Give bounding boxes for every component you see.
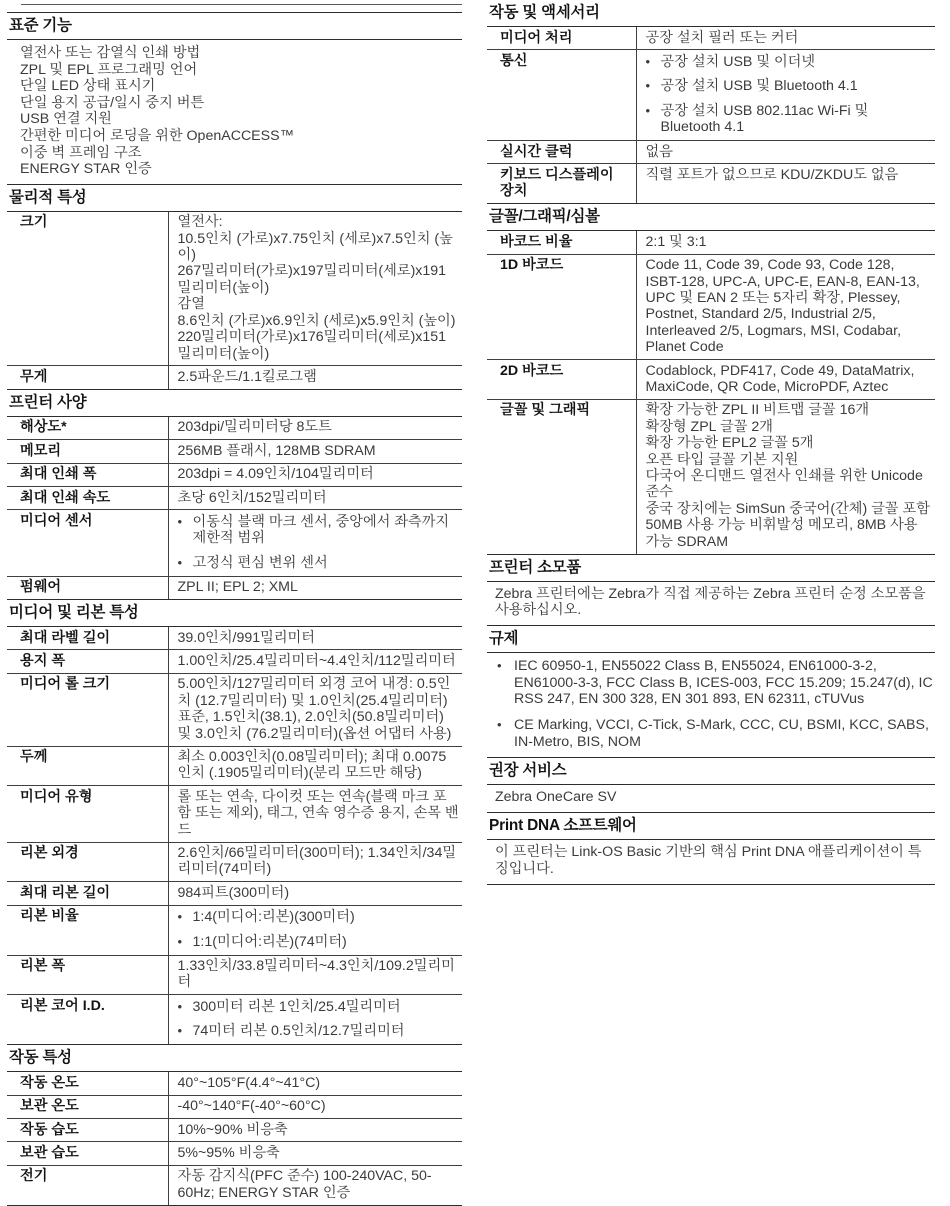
spec-row: 통신•공장 설치 USB 및 이더넷•공장 설치 USB 및 Bluetooth… [487,50,935,141]
section-list: 표준 기능열전사 또는 감열식 인쇄 방법ZPL 및 EPL 프로그래밍 언어단… [7,12,462,184]
spec-value: 공장 설치 필러 또는 커터 [646,30,933,46]
bullet-text: 74미터 리본 0.5인치/12.7밀리미터 [193,1023,405,1039]
bullet-icon: • [178,1023,193,1039]
spec-label: 바코드 비율 [487,231,636,254]
spec-row: 작동 온도40°~105°F(4.4°~41°C) [7,1072,462,1095]
spec-value-cell: 984피트(300미터) [168,882,462,905]
spec-row: 보관 온도-40°~140°F(-40°~60°C) [7,1095,462,1118]
spec-label: 미디어 롤 크기 [7,673,168,746]
spec-value: 없음 [646,144,933,160]
spec-value-cell: 5.00인치/127밀리미터 외경 코어 내경: 0.5인치 (12.7밀리미터… [168,673,462,746]
spec-value: 자동 감지식(PFC 준수) 100-240VAC, 50-60Hz; ENER… [178,1168,460,1201]
feature-item: 이중 벽 프레임 구조 [20,145,462,162]
spec-label: 최대 라벨 길이 [7,627,168,650]
feature-list: 열전사 또는 감열식 인쇄 방법ZPL 및 EPL 프로그래밍 언어단일 LED… [7,40,462,184]
spec-row: 미디어 센서•이동식 블랙 마크 센서, 중앙에서 좌측까지 제한적 범위•고정… [7,510,462,576]
spec-row: 최대 리본 길이984피트(300미터) [7,882,462,905]
spec-row: 미디어 유형롤 또는 연속, 다이컷 또는 연속(블랙 마크 포함 또는 제외)… [7,786,462,842]
section-text: 권장 서비스Zebra OneCare SV [487,757,935,812]
spec-value-cell: 2.6인치/66밀리미터(300미터); 1.34인치/34밀리미터(74미터) [168,842,462,882]
spec-value-cell: 확장 가능한 ZPL II 비트맵 글꼴 16개 확장형 ZPL 글꼴 2개 확… [636,399,935,553]
spec-row: 보관 습도5%~95% 비응축 [7,1142,462,1165]
bullet-text: 공장 설치 USB 및 Bluetooth 4.1 [661,78,858,94]
spec-row: 두께최소 0.003인치(0.08밀리미터); 최대 0.0075인치 (.19… [7,746,462,786]
spec-value: 롤 또는 연속, 다이컷 또는 연속(블랙 마크 포함 또는 제외), 태그, … [178,789,460,838]
bullet-icon: • [646,78,661,94]
spec-label: 최대 인쇄 폭 [7,463,168,486]
spec-row: 무게2.5파운드/1.1킬로그램 [7,366,462,389]
bullet-item: •74미터 리본 0.5인치/12.7밀리미터 [178,1023,460,1039]
spec-value-cell: 1.33인치/33.8밀리미터~4.3인치/109.2밀리미터 [168,955,462,995]
spec-label: 미디어 유형 [7,786,168,842]
spec-value-cell: 2.5파운드/1.1킬로그램 [168,366,462,389]
bullet-text: 1:1(미디어:리본)(74미터) [193,934,347,950]
section-table: 프린터 사양해상도*203dpi/밀리미터당 8도트메모리256MB 플래시, … [7,389,462,599]
column-end-rule [7,1205,462,1206]
bullet-item: •300미터 리본 1인치/25.4밀리미터 [178,999,460,1015]
spec-label: 미디어 처리 [487,27,636,50]
bullet-item: •IEC 60950-1, EN55022 Class B, EN55024, … [494,658,933,708]
bullet-text: 이동식 블랙 마크 센서, 중앙에서 좌측까지 제한적 범위 [193,514,460,547]
spec-value: 2.6인치/66밀리미터(300미터); 1.34인치/34밀리미터(74미터) [178,845,460,878]
spec-value-cell: 1.00인치/25.4밀리미터~4.4인치/112밀리미터 [168,650,462,673]
cropped-top-rule [21,4,462,5]
bullet-icon: • [494,658,514,674]
spec-row: 작동 습도10%~90% 비응축 [7,1119,462,1142]
spec-row: 바코드 비율2:1 및 3:1 [487,231,935,254]
bullet-icon: • [178,934,193,950]
section-title: 글꼴/그래픽/심볼 [487,203,935,231]
spec-label: 리본 비율 [7,905,168,955]
spec-label: 2D 바코드 [487,360,636,400]
bullet-text: IEC 60950-1, EN55022 Class B, EN55024, E… [514,658,933,708]
spec-value-cell: 없음 [636,141,935,164]
section-title: 미디어 및 리본 특성 [7,599,462,627]
spec-table: 크기열전사: 10.5인치 (가로)x7.75인치 (세로)x7.5인치 (높이… [7,212,462,389]
spec-label: 메모리 [7,440,168,463]
spec-value: 984피트(300미터) [178,885,460,901]
bullet-item: •고정식 편심 변위 센서 [178,555,460,571]
spec-value: 10%~90% 비응축 [178,1122,460,1138]
bullet-list: •1:4(미디어:리본)(300미터)•1:1(미디어:리본)(74미터) [178,909,460,950]
section-text: Zebra OneCare SV [487,785,935,812]
section-table: 작동 특성작동 온도40°~105°F(4.4°~41°C)보관 온도-40°~… [7,1044,462,1204]
spec-label: 리본 코어 I.D. [7,995,168,1044]
section-text: 이 프린터는 Link-OS Basic 기반의 핵심 Print DNA 애플… [487,840,935,884]
feature-item: 열전사 또는 감열식 인쇄 방법 [20,45,462,62]
bullet-text: 300미터 리본 1인치/25.4밀리미터 [193,999,401,1015]
spec-label: 통신 [487,50,636,141]
bullet-icon: • [646,103,661,119]
left-column: 표준 기능열전사 또는 감열식 인쇄 방법ZPL 및 EPL 프로그래밍 언어단… [7,2,462,1206]
spec-value: 1.33인치/33.8밀리미터~4.3인치/109.2밀리미터 [178,958,460,991]
bullet-icon: • [178,514,193,530]
spec-label: 전기 [7,1165,168,1204]
spec-value: Codablock, PDF417, Code 49, DataMatrix, … [646,363,933,396]
spec-row: 전기자동 감지식(PFC 준수) 100-240VAC, 50-60Hz; EN… [7,1165,462,1204]
bullet-list: •300미터 리본 1인치/25.4밀리미터•74미터 리본 0.5인치/12.… [178,999,460,1040]
feature-item: 간편한 미디어 로딩을 위한 OpenACCESS™ [20,128,462,145]
spec-value: Code 11, Code 39, Code 93, Code 128, ISB… [646,257,933,355]
spec-row: 최대 라벨 길이39.0인치/991밀리미터 [7,627,462,650]
spec-row: 미디어 롤 크기5.00인치/127밀리미터 외경 코어 내경: 0.5인치 (… [7,673,462,746]
spec-label: 최대 리본 길이 [7,882,168,905]
spec-value: 열전사: 10.5인치 (가로)x7.75인치 (세로)x7.5인치 (높이) … [178,214,460,362]
spec-value-cell: 2:1 및 3:1 [636,231,935,254]
section-table: 작동 및 액세서리미디어 처리공장 설치 필러 또는 커터통신•공장 설치 US… [487,2,935,203]
spec-value: 256MB 플래시, 128MB SDRAM [178,443,460,459]
spec-label: 미디어 센서 [7,510,168,576]
spec-row: 리본 비율•1:4(미디어:리본)(300미터)•1:1(미디어:리본)(74미… [7,905,462,955]
spec-table: 해상도*203dpi/밀리미터당 8도트메모리256MB 플래시, 128MB … [7,417,462,599]
section-title: 규제 [487,625,935,653]
spec-value-cell: Codablock, PDF417, Code 49, DataMatrix, … [636,360,935,400]
spec-value-cell: •공장 설치 USB 및 이더넷•공장 설치 USB 및 Bluetooth 4… [636,50,935,141]
spec-value-cell: 최소 0.003인치(0.08밀리미터); 최대 0.0075인치 (.1905… [168,746,462,786]
section-table: 글꼴/그래픽/심볼바코드 비율2:1 및 3:11D 바코드Code 11, C… [487,203,935,553]
spec-value-cell: 공장 설치 필러 또는 커터 [636,27,935,50]
spec-value: 최소 0.003인치(0.08밀리미터); 최대 0.0075인치 (.1905… [178,749,460,782]
spec-value-cell: 직렬 포트가 없으므로 KDU/ZKDU도 없음 [636,164,935,203]
spec-row: 미디어 처리공장 설치 필러 또는 커터 [487,27,935,50]
spec-row: 2D 바코드Codablock, PDF417, Code 49, DataMa… [487,360,935,400]
spec-row: 리본 외경2.6인치/66밀리미터(300미터); 1.34인치/34밀리미터(… [7,842,462,882]
spec-value: -40°~140°F(-40°~60°C) [178,1098,460,1114]
spec-row: 해상도*203dpi/밀리미터당 8도트 [7,417,462,440]
bullet-text: 공장 설치 USB 및 이더넷 [661,54,816,70]
bullet-text: 고정식 편심 변위 센서 [193,555,328,571]
spec-label: 무게 [7,366,168,389]
spec-value-cell: •1:4(미디어:리본)(300미터)•1:1(미디어:리본)(74미터) [168,905,462,955]
spec-label: 리본 외경 [7,842,168,882]
spec-label: 보관 온도 [7,1095,168,1118]
spec-label: 용지 폭 [7,650,168,673]
spec-value-cell: -40°~140°F(-40°~60°C) [168,1095,462,1118]
spec-row: 실시간 클럭없음 [487,141,935,164]
bullet-text: CE Marking, VCCI, C-Tick, S-Mark, CCC, C… [514,717,933,750]
spec-label: 1D 바코드 [487,254,636,359]
spec-row: 글꼴 및 그래픽확장 가능한 ZPL II 비트맵 글꼴 16개 확장형 ZPL… [487,399,935,553]
spec-value-cell: 39.0인치/991밀리미터 [168,627,462,650]
spec-sheet-page: 표준 기능열전사 또는 감열식 인쇄 방법ZPL 및 EPL 프로그래밍 언어단… [0,0,950,1206]
section-title: Print DNA 소프트웨어 [487,812,935,840]
spec-value-cell: 40°~105°F(4.4°~41°C) [168,1072,462,1095]
spec-value: 39.0인치/991밀리미터 [178,630,460,646]
section-bullets: 규제•IEC 60950-1, EN55022 Class B, EN55024… [487,625,935,757]
spec-label: 작동 습도 [7,1119,168,1142]
spec-table: 작동 온도40°~105°F(4.4°~41°C)보관 온도-40°~140°F… [7,1072,462,1204]
spec-row: 최대 인쇄 속도초당 6인치/152밀리미터 [7,487,462,510]
spec-row: 최대 인쇄 폭203dpi = 4.09인치/104밀리미터 [7,463,462,486]
bullet-item: •CE Marking, VCCI, C-Tick, S-Mark, CCC, … [494,717,933,750]
bullet-item: •1:4(미디어:리본)(300미터) [178,909,460,925]
spec-value: 203dpi = 4.09인치/104밀리미터 [178,466,460,482]
spec-row: 리본 폭1.33인치/33.8밀리미터~4.3인치/109.2밀리미터 [7,955,462,995]
section-title: 작동 특성 [7,1044,462,1072]
spec-row: 크기열전사: 10.5인치 (가로)x7.75인치 (세로)x7.5인치 (높이… [7,212,462,366]
spec-value: 5.00인치/127밀리미터 외경 코어 내경: 0.5인치 (12.7밀리미터… [178,676,460,742]
spec-value: 203dpi/밀리미터당 8도트 [178,419,460,435]
section-title: 표준 기능 [7,12,462,40]
spec-value-cell: 열전사: 10.5인치 (가로)x7.75인치 (세로)x7.5인치 (높이) … [168,212,462,366]
spec-row: 메모리256MB 플래시, 128MB SDRAM [7,440,462,463]
section-title: 프린터 소모품 [487,554,935,582]
spec-value-cell: 10%~90% 비응축 [168,1119,462,1142]
spec-value-cell: 초당 6인치/152밀리미터 [168,487,462,510]
spec-value: 40°~105°F(4.4°~41°C) [178,1075,460,1091]
spec-value: 1.00인치/25.4밀리미터~4.4인치/112밀리미터 [178,653,460,669]
spec-value-cell: ZPL II; EPL 2; XML [168,576,462,599]
spec-value: 5%~95% 비응축 [178,1145,460,1161]
bullet-item: •이동식 블랙 마크 센서, 중앙에서 좌측까지 제한적 범위 [178,514,460,547]
feature-item: ZPL 및 EPL 프로그래밍 언어 [20,62,462,79]
right-column: 작동 및 액세서리미디어 처리공장 설치 필러 또는 커터통신•공장 설치 US… [487,2,935,885]
bullet-list: •이동식 블랙 마크 센서, 중앙에서 좌측까지 제한적 범위•고정식 편심 변… [178,514,460,571]
bullet-list: •공장 설치 USB 및 이더넷•공장 설치 USB 및 Bluetooth 4… [646,54,933,136]
bullet-item: •공장 설치 USB 및 Bluetooth 4.1 [646,78,933,94]
spec-label: 작동 온도 [7,1072,168,1095]
spec-value: 직렬 포트가 없으므로 KDU/ZKDU도 없음 [646,167,933,183]
spec-value-cell: •300미터 리본 1인치/25.4밀리미터•74미터 리본 0.5인치/12.… [168,995,462,1044]
bullet-text: 공장 설치 USB 802.11ac Wi-Fi 및 Bluetooth 4.1 [661,103,933,136]
feature-item: ENERGY STAR 인증 [20,161,462,178]
spec-value-cell: Code 11, Code 39, Code 93, Code 128, ISB… [636,254,935,359]
feature-item: 단일 LED 상태 표시기 [20,78,462,95]
bullet-icon: • [494,717,514,733]
section-text: 프린터 소모품Zebra 프린터에는 Zebra가 직접 제공하는 Zebra … [487,554,935,626]
bullet-item: •공장 설치 USB 및 이더넷 [646,54,933,70]
spec-value: 초당 6인치/152밀리미터 [178,490,460,506]
column-end-rule [487,884,935,885]
spec-table: 미디어 처리공장 설치 필러 또는 커터통신•공장 설치 USB 및 이더넷•공… [487,27,935,203]
bullet-text: 1:4(미디어:리본)(300미터) [193,909,355,925]
section-title: 프린터 사양 [7,389,462,417]
spec-row: 펌웨어ZPL II; EPL 2; XML [7,576,462,599]
spec-row: 키보드 디스플레이 장치직렬 포트가 없으므로 KDU/ZKDU도 없음 [487,164,935,203]
section-title: 작동 및 액세서리 [487,2,935,27]
bullet-icon: • [178,999,193,1015]
bullet-icon: • [178,555,193,571]
spec-value-cell: •이동식 블랙 마크 센서, 중앙에서 좌측까지 제한적 범위•고정식 편심 변… [168,510,462,576]
spec-value: 확장 가능한 ZPL II 비트맵 글꼴 16개 확장형 ZPL 글꼴 2개 확… [646,402,933,550]
spec-value: 2:1 및 3:1 [646,234,933,250]
bullet-icon: • [646,54,661,70]
bullet-icon: • [178,909,193,925]
spec-row: 1D 바코드Code 11, Code 39, Code 93, Code 12… [487,254,935,359]
section-text: Print DNA 소프트웨어이 프린터는 Link-OS Basic 기반의 … [487,812,935,884]
spec-value-cell: 203dpi/밀리미터당 8도트 [168,417,462,440]
spec-label: 최대 인쇄 속도 [7,487,168,510]
spec-label: 글꼴 및 그래픽 [487,399,636,553]
spec-label: 두께 [7,746,168,786]
section-title: 물리적 특성 [7,184,462,212]
spec-label: 보관 습도 [7,1142,168,1165]
bullet-list: •IEC 60950-1, EN55022 Class B, EN55024, … [487,653,935,757]
spec-value-cell: 자동 감지식(PFC 준수) 100-240VAC, 50-60Hz; ENER… [168,1165,462,1204]
spec-label: 리본 폭 [7,955,168,995]
spec-label: 해상도* [7,417,168,440]
spec-label: 펌웨어 [7,576,168,599]
section-title: 권장 서비스 [487,757,935,785]
spec-label: 키보드 디스플레이 장치 [487,164,636,203]
spec-row: 용지 폭1.00인치/25.4밀리미터~4.4인치/112밀리미터 [7,650,462,673]
spec-table: 최대 라벨 길이39.0인치/991밀리미터용지 폭1.00인치/25.4밀리미… [7,627,462,1044]
feature-item: 단일 용지 공급/일시 중지 버튼 [20,95,462,112]
section-table: 미디어 및 리본 특성최대 라벨 길이39.0인치/991밀리미터용지 폭1.0… [7,599,462,1044]
feature-item: USB 연결 지원 [20,111,462,128]
bullet-item: •공장 설치 USB 802.11ac Wi-Fi 및 Bluetooth 4.… [646,103,933,136]
spec-value: 2.5파운드/1.1킬로그램 [178,369,460,385]
spec-table: 바코드 비율2:1 및 3:11D 바코드Code 11, Code 39, C… [487,231,935,553]
spec-value-cell: 256MB 플래시, 128MB SDRAM [168,440,462,463]
spec-label: 크기 [7,212,168,366]
spec-value: ZPL II; EPL 2; XML [178,579,460,595]
spec-value-cell: 203dpi = 4.09인치/104밀리미터 [168,463,462,486]
bullet-item: •1:1(미디어:리본)(74미터) [178,934,460,950]
spec-row: 리본 코어 I.D.•300미터 리본 1인치/25.4밀리미터•74미터 리본… [7,995,462,1044]
spec-value-cell: 5%~95% 비응축 [168,1142,462,1165]
section-table: 물리적 특성크기열전사: 10.5인치 (가로)x7.75인치 (세로)x7.5… [7,184,462,389]
section-text: Zebra 프린터에는 Zebra가 직접 제공하는 Zebra 프린터 순정 … [487,582,935,626]
spec-value-cell: 롤 또는 연속, 다이컷 또는 연속(블랙 마크 포함 또는 제외), 태그, … [168,786,462,842]
spec-label: 실시간 클럭 [487,141,636,164]
